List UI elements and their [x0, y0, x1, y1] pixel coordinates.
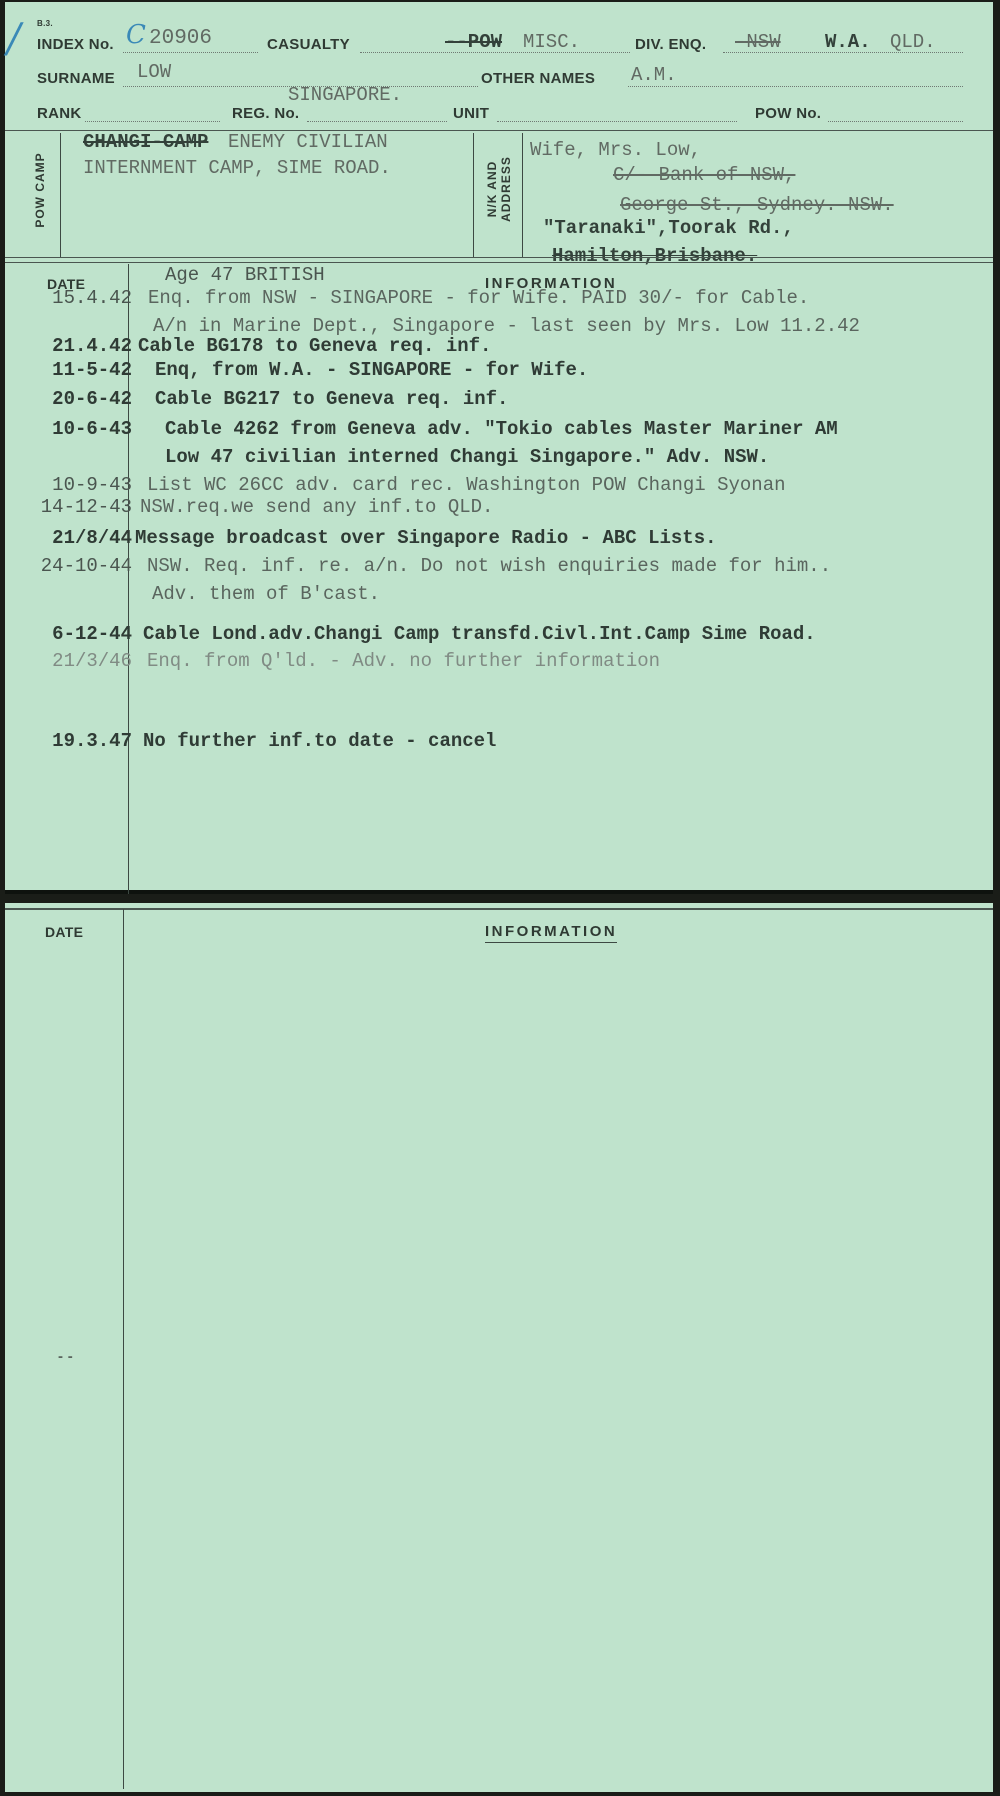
rank-label: RANK — [37, 105, 82, 122]
reg-no-value: SINGAPORE. — [288, 84, 402, 106]
log-text: Low 47 civilian interned Changi Singapor… — [165, 446, 769, 468]
log-date: 21.4.42 — [5, 335, 132, 357]
pow-camp-struck: CHANGI-CAMP — [83, 131, 208, 153]
log-date: 21/8/44 — [5, 527, 132, 549]
other-names-label: OTHER NAMES — [481, 70, 595, 87]
form-code: B.3. — [37, 19, 53, 28]
index-label: INDEX No. — [37, 36, 114, 53]
other-names-value: A.M. — [631, 64, 677, 86]
log-text: Cable BG178 to Geneva req. inf. — [138, 335, 491, 357]
log-text: NSW. Req. inf. re. a/n. Do not wish enqu… — [147, 555, 831, 577]
margin-mark: - - — [58, 1348, 73, 1365]
log-text: No further inf.to date - cancel — [143, 730, 496, 752]
div-enq-value-2: QLD. — [890, 31, 936, 53]
nk-address-label: N/K ANDADDRESS — [485, 144, 513, 234]
reg-no-label: REG. No. — [232, 105, 299, 122]
log-text: Cable 4262 from Geneva adv. "Tokio cable… — [165, 418, 838, 440]
unit-label: UNIT — [453, 105, 489, 122]
nk-line5: Hamilton,Brisbane. — [552, 245, 757, 267]
casualty-label: CASUALTY — [267, 36, 350, 53]
log-text: Enq. from NSW - SINGAPORE - for Wife. PA… — [148, 287, 809, 309]
log-text: Cable Lond.adv.Changi Camp transfd.Civl.… — [143, 623, 816, 645]
div-enq-value-1: W.A. — [825, 31, 871, 53]
surname-label: SURNAME — [37, 70, 115, 87]
div-enq-struck: -NSW — [735, 31, 781, 53]
handwritten-mark: / — [7, 16, 20, 62]
log-text: Adv. them of B'cast. — [152, 583, 380, 605]
surname-value: LOW — [137, 61, 171, 83]
log-text: Message broadcast over Singapore Radio -… — [135, 527, 717, 549]
pow-camp-line1: ENEMY CIVILIAN — [228, 131, 388, 153]
log-text: A/n in Marine Dept., Singapore - last se… — [153, 315, 860, 337]
index-value: 20906 — [149, 27, 212, 50]
nk-struck-line2: C/- Bank of NSW, — [613, 164, 795, 186]
card-back: DATE INFORMATION - - — [5, 903, 993, 1792]
log-date: 6-12-44 — [5, 623, 132, 645]
index-prefix: C — [126, 20, 146, 50]
nk-line1: Wife, Mrs. Low, — [530, 139, 701, 161]
casualty-struck: --POW — [445, 31, 502, 53]
log-date: 19.3.47 — [5, 730, 132, 752]
nk-struck-line3: George St., Sydney. NSW. — [620, 194, 894, 216]
log-preamble: Age 47 BRITISH — [165, 264, 325, 286]
log-date: 21/3/46 — [5, 650, 132, 672]
pow-no-label: POW No. — [755, 105, 821, 122]
log-text: List WC 26CC adv. card rec. Washington P… — [147, 474, 786, 496]
card-front: / B.3. INDEX No. C 20906 CASUALTY --POW … — [5, 2, 993, 894]
nk-line4: "Taranaki",Toorak Rd., — [543, 217, 794, 239]
log-date: 11-5-42 — [5, 359, 132, 381]
log-date: 15.4.42 — [5, 287, 132, 309]
back-date-header: DATE — [45, 924, 83, 940]
log-date: 10-9-43 — [5, 474, 132, 496]
back-information-header: INFORMATION — [485, 923, 617, 943]
log-date: 10-6-43 — [5, 418, 132, 440]
log-date: 24-10-44 — [5, 555, 132, 577]
pow-camp-line2: INTERNMENT CAMP, SIME ROAD. — [83, 157, 391, 179]
log-date: 14-12-43 — [5, 496, 132, 518]
log-date: 20-6-42 — [5, 388, 132, 410]
log-text: Enq. from Q'ld. - Adv. no further inform… — [147, 650, 660, 672]
log-text: NSW.req.we send any inf.to QLD. — [140, 496, 493, 518]
pow-camp-label: POW CAMP — [33, 140, 47, 240]
log-text: Enq, from W.A. - SINGAPORE - for Wife. — [155, 359, 588, 381]
div-enq-label: DIV. ENQ. — [635, 36, 706, 53]
log-text: Cable BG217 to Geneva req. inf. — [155, 388, 508, 410]
casualty-value: MISC. — [523, 31, 580, 53]
